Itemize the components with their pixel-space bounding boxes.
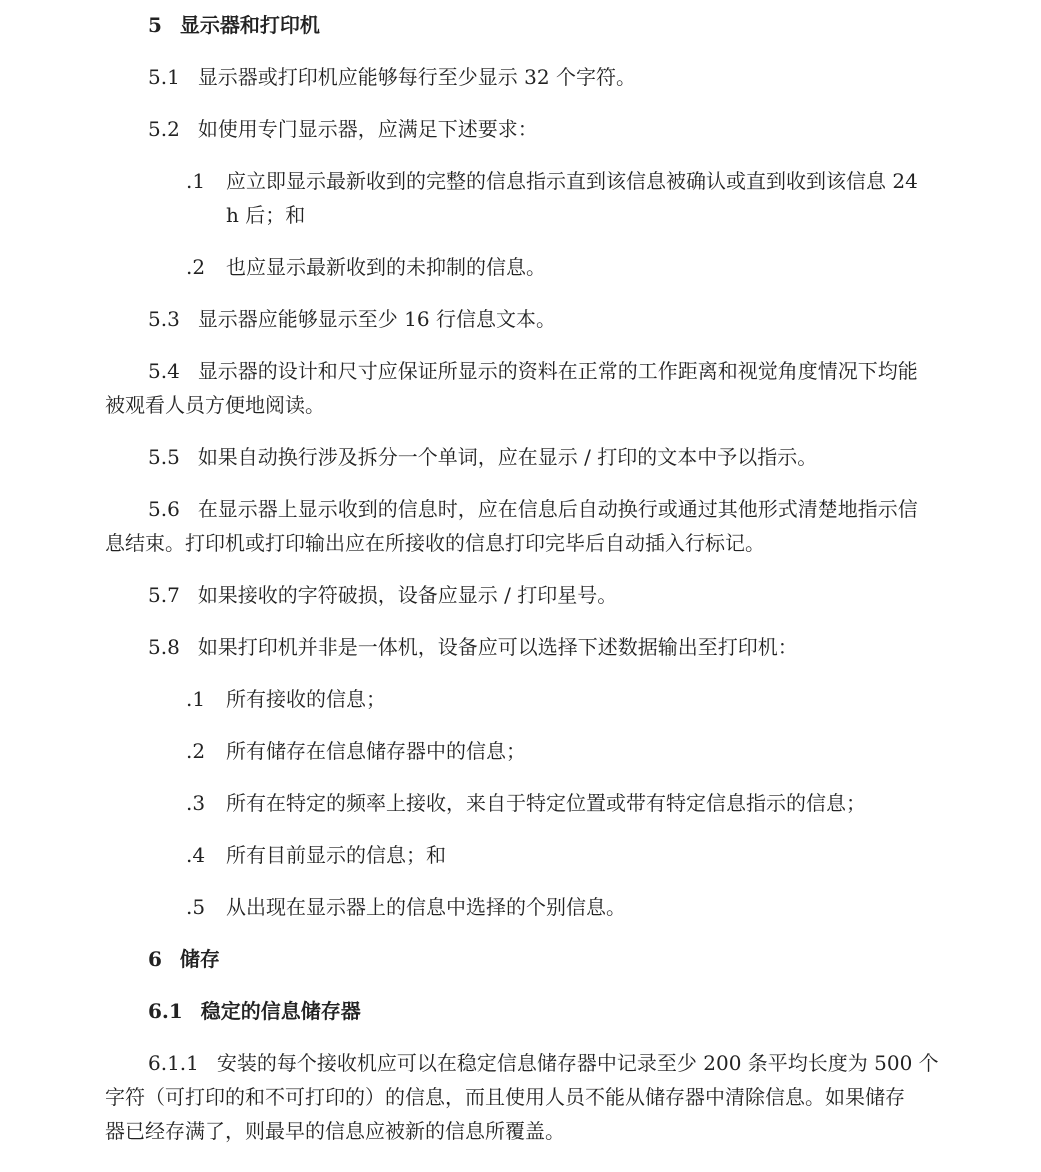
subclause-number: .1	[186, 682, 226, 716]
clause-5-3: 5.3显示器应能够显示至少 16 行信息文本。	[105, 302, 966, 336]
section-number: 5	[148, 13, 162, 37]
subclause-number: .5	[186, 890, 226, 924]
clause-5-6: 5.6在显示器上显示收到的信息时，应在信息后自动换行或通过其他形式清楚地指示信 …	[105, 492, 966, 560]
subclause-text: 也应显示最新收到的未抑制的信息。	[226, 250, 546, 284]
subclause-number: .2	[186, 250, 226, 284]
clause-text: 如果打印机并非是一体机，设备应可以选择下述数据输出至打印机：	[198, 635, 798, 659]
subclause-5-8-1: .1所有接收的信息；	[105, 682, 966, 716]
clause-text: 如果自动换行涉及拆分一个单词，应在显示 / 打印的文本中予以指示。	[198, 445, 817, 469]
subclause-5-8-5: .5从出现在显示器上的信息中选择的个别信息。	[105, 890, 966, 924]
section-6-heading: 6储存	[105, 942, 966, 976]
subclause-text: 所有接收的信息；	[226, 682, 386, 716]
subclause-number: .3	[186, 786, 226, 820]
clause-number: 5.7	[148, 583, 180, 607]
subclause-5-2-2: .2也应显示最新收到的未抑制的信息。	[105, 250, 966, 284]
clause-number: 5.5	[148, 445, 180, 469]
clause-5-1: 5.1显示器或打印机应能够每行至少显示 32 个字符。	[105, 60, 966, 94]
subclause-5-8-2: .2所有储存在信息储存器中的信息；	[105, 734, 966, 768]
clause-text: 安装的每个接收机应可以在稳定信息储存器中记录至少 200 条平均长度为 500 …	[105, 1051, 939, 1143]
subclause-number: .2	[186, 734, 226, 768]
section-6-1-heading: 6.1稳定的信息储存器	[105, 994, 966, 1028]
clause-number: 5.1	[148, 65, 180, 89]
clause-number: 5.6	[148, 497, 180, 521]
section-number: 6.1	[148, 999, 183, 1023]
clause-5-5: 5.5如果自动换行涉及拆分一个单词，应在显示 / 打印的文本中予以指示。	[105, 440, 966, 474]
section-title: 稳定的信息储存器	[201, 999, 361, 1023]
subclause-text: 所有目前显示的信息；和	[226, 838, 446, 872]
clause-text: 显示器或打印机应能够每行至少显示 32 个字符。	[198, 65, 636, 89]
subclause-5-8-4: .4所有目前显示的信息；和	[105, 838, 966, 872]
section-title: 显示器和打印机	[180, 13, 320, 37]
clause-6-1-1: 6.1.1安装的每个接收机应可以在稳定信息储存器中记录至少 200 条平均长度为…	[105, 1046, 966, 1148]
clause-text: 如果接收的字符破损，设备应显示 / 打印星号。	[198, 583, 617, 607]
clause-number: 5.4	[148, 359, 180, 383]
section-5-heading: 5显示器和打印机	[105, 8, 966, 42]
clause-5-7: 5.7如果接收的字符破损，设备应显示 / 打印星号。	[105, 578, 966, 612]
clause-text: 显示器应能够显示至少 16 行信息文本。	[198, 307, 556, 331]
clause-5-4: 5.4显示器的设计和尺寸应保证所显示的资料在正常的工作距离和视觉角度情况下均能 …	[105, 354, 966, 422]
clause-number: 5.2	[148, 117, 180, 141]
clause-text: 显示器的设计和尺寸应保证所显示的资料在正常的工作距离和视觉角度情况下均能 被观看…	[105, 359, 918, 417]
clause-text: 在显示器上显示收到的信息时，应在信息后自动换行或通过其他形式清楚地指示信 息结束…	[105, 497, 918, 555]
document-page: 5显示器和打印机 5.1显示器或打印机应能够每行至少显示 32 个字符。 5.2…	[0, 0, 1041, 1172]
subclause-text: 从出现在显示器上的信息中选择的个别信息。	[226, 890, 626, 924]
subclause-text: 所有储存在信息储存器中的信息；	[226, 734, 526, 768]
clause-number: 6.1.1	[148, 1051, 199, 1075]
subclause-number: .4	[186, 838, 226, 872]
subclause-number: .1	[186, 164, 226, 232]
section-title: 储存	[180, 947, 220, 971]
subclause-text: 应立即显示最新收到的完整的信息指示直到该信息被确认或直到收到该信息 24 h 后…	[226, 164, 918, 232]
clause-5-2: 5.2如使用专门显示器，应满足下述要求：	[105, 112, 966, 146]
clause-5-8: 5.8如果打印机并非是一体机，设备应可以选择下述数据输出至打印机：	[105, 630, 966, 664]
subclause-5-2-1: .1应立即显示最新收到的完整的信息指示直到该信息被确认或直到收到该信息 24 h…	[105, 164, 966, 232]
subclause-text: 所有在特定的频率上接收，来自于特定位置或带有特定信息指示的信息；	[226, 786, 866, 820]
clause-number: 5.8	[148, 635, 180, 659]
clause-text: 如使用专门显示器，应满足下述要求：	[198, 117, 538, 141]
section-number: 6	[148, 947, 162, 971]
subclause-5-8-3: .3所有在特定的频率上接收，来自于特定位置或带有特定信息指示的信息；	[105, 786, 966, 820]
clause-number: 5.3	[148, 307, 180, 331]
